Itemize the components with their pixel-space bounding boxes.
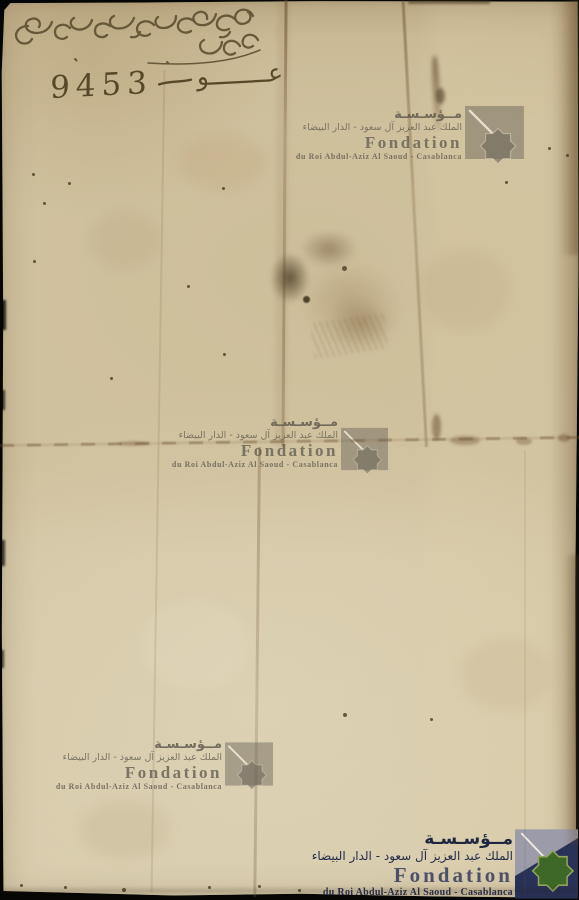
eight-pointed-star-icon [237, 761, 266, 790]
watermark-text: مــؤسـسـة الملك عبد العزيز آل سعود - الد… [52, 732, 222, 792]
watermark-text: مــؤسـسـة الملك عبد العزيز آل سعود - الد… [168, 410, 338, 470]
watermark-latin-subtitle: du Roi Abdul-Aziz Al Saoud - Casablanca [56, 781, 222, 792]
stain [516, 438, 532, 445]
watermark-latin-subtitle: du Roi Abdul-Aziz Al Saoud - Casablanca [296, 151, 462, 162]
eight-pointed-star-icon [353, 446, 381, 474]
stain [342, 266, 347, 271]
speck [548, 147, 551, 150]
speck [223, 353, 226, 356]
edge-shadow [561, 0, 579, 255]
edge-shadow [0, 390, 5, 410]
speck [33, 260, 36, 263]
watermark-latin-title: Fondation [365, 134, 462, 151]
foundation-logo-icon [341, 424, 388, 474]
stain [300, 230, 358, 268]
handwriting-stroke [16, 10, 253, 44]
blotch [140, 600, 250, 690]
stain [432, 414, 441, 440]
watermark-top-right: مــؤسـسـة الملك عبد العزيز آل سعود - الد… [292, 102, 524, 162]
stain [118, 441, 150, 446]
speck [187, 285, 190, 288]
edge-shadow [0, 650, 4, 668]
foundation-logo-icon [225, 738, 273, 790]
watermark-middle: مــؤسـسـة الملك عبد العزيز آل سعود - الد… [168, 410, 388, 474]
stain [303, 296, 310, 303]
handwriting-stroke [200, 35, 258, 55]
edge-shadow [408, 0, 490, 4]
eight-pointed-star-icon [480, 128, 515, 163]
handwritten-dash [157, 73, 194, 91]
speck [258, 885, 261, 888]
watermark-latin-title: Fondation [394, 864, 513, 886]
edge-shadow [0, 540, 5, 566]
edge-shadow [564, 555, 579, 845]
speck [32, 173, 35, 176]
watermark-arabic-subtitle: الملك عبد العزيز آل سعود - الدار البيضاء [312, 849, 513, 864]
blotch [460, 640, 550, 710]
blotch [420, 250, 510, 330]
scan-background: 9453 عــــــــو مــؤسـسـة الملك عبد العز… [0, 0, 579, 900]
watermark-text: مــؤسـسـة الملك عبد العزيز آل سعود - الد… [292, 102, 462, 162]
speck [68, 182, 71, 185]
eight-pointed-star-icon [533, 851, 573, 891]
speck [43, 202, 46, 205]
watermark-latin-subtitle: du Roi Abdul-Aziz Al Saoud - Casablanca [172, 459, 338, 470]
speck [222, 187, 225, 190]
archive-number-prefix: عــــــــو [196, 58, 284, 92]
watermark-arabic-title: مــؤسـسـة [270, 415, 338, 430]
foundation-logo-icon [465, 106, 524, 159]
speck [20, 884, 23, 887]
watermark-arabic-title: مــؤسـسـة [154, 737, 222, 752]
watermark-bottom-left: مــؤسـسـة الملك عبد العزيز آل سعود - الد… [52, 732, 273, 792]
speck [430, 718, 433, 721]
watermark-arabic-title: مــؤسـسـة [424, 829, 513, 849]
watermark-arabic-title: مــؤسـسـة [394, 107, 462, 122]
blotch [180, 135, 265, 190]
blotch [90, 210, 160, 270]
watermark-latin-title: Fondation [125, 764, 222, 781]
stain [450, 436, 480, 445]
watermark-latin-title: Fondation [241, 442, 338, 459]
archive-number-value: 9453 [50, 65, 153, 106]
stain [558, 434, 570, 442]
speck [110, 377, 113, 380]
blotch [80, 800, 170, 860]
edge-shadow [0, 300, 6, 330]
speck [343, 713, 347, 717]
speck [505, 181, 508, 184]
edge-shadow [0, 889, 579, 893]
